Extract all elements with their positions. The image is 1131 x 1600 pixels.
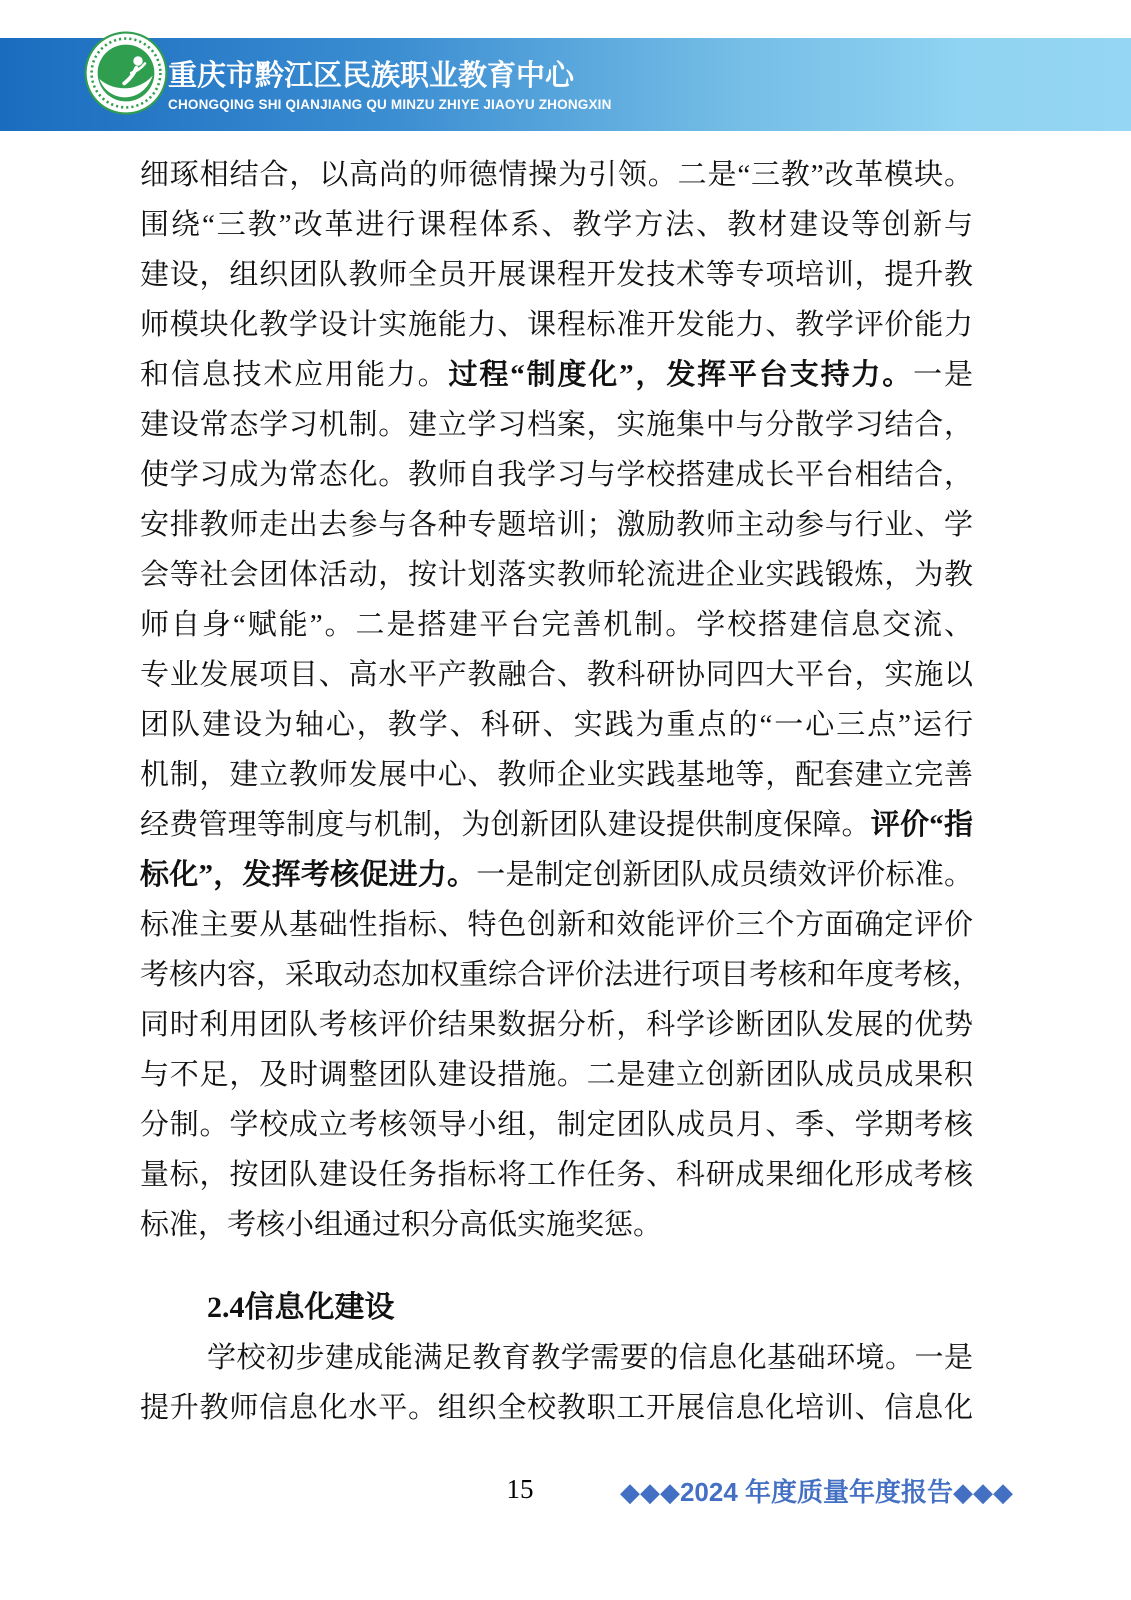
body-line: 同时利用团队考核评价结果数据分析，科学诊断团队发展的优势: [140, 1000, 973, 1050]
footer-report-title: ◆◆◆2024 年度质量年度报告◆◆◆: [620, 1477, 1013, 1507]
text-segment: 一是制定创新团队成员绩效评价标准。: [476, 859, 973, 891]
text-segment: 师自身“赋能”。二是搭建平台完善机制。学校搭建信息交流、: [140, 609, 973, 641]
header-banner: 重庆市黔江区民族职业教育中心 CHONGQING SHI QIANJIANG Q…: [0, 38, 1131, 131]
body-line: 经费管理等制度与机制，为创新团队建设提供制度保障。评价“指: [140, 800, 973, 850]
text-segment: 安排教师走出去参与各种专题培训；激励教师主动参与行业、学: [140, 509, 973, 541]
body-line: 建设，组织团队教师全员开展课程开发技术等专项培训，提升教: [140, 250, 973, 300]
text-segment: 一是: [913, 359, 973, 391]
text-segment: 评价“指: [871, 809, 973, 841]
body-line: 与不足，及时调整团队建设措施。二是建立创新团队成员成果积: [140, 1050, 973, 1100]
body-line: 和信息技术应用能力。过程“制度化”，发挥平台支持力。一是: [140, 350, 973, 400]
text-segment: 经费管理等制度与机制，为创新团队建设提供制度保障。: [140, 809, 871, 841]
body-line: 量标，按团队建设任务指标将工作任务、科研成果细化形成考核: [140, 1150, 973, 1200]
page-number: 15: [498, 1474, 542, 1504]
text-segment: 团队建设为轴心，教学、科研、实践为重点的“一心三点”运行: [140, 709, 973, 741]
text-segment: 考核内容，采取动态加权重综合评价法进行项目考核和年度考核，: [140, 959, 981, 991]
text-segment: 分制。学校成立考核领导小组，制定团队成员月、季、学期考核: [140, 1109, 973, 1141]
text-segment: 细琢相结合，以高尚的师德情操为引领。二是“三教”改革模块。: [140, 159, 973, 191]
text-segment: 建设常态学习机制。建立学习档案，实施集中与分散学习结合，: [140, 409, 973, 441]
body-line: 安排教师走出去参与各种专题培训；激励教师主动参与行业、学: [140, 500, 973, 550]
body-line: 考核内容，采取动态加权重综合评价法进行项目考核和年度考核，: [140, 950, 973, 1000]
text-segment: 专业发展项目、高水平产教融合、教科研协同四大平台，实施以: [140, 659, 973, 691]
body-line: 机制，建立教师发展中心、教师企业实践基地等，配套建立完善: [140, 750, 973, 800]
text-segment: 同时利用团队考核评价结果数据分析，科学诊断团队发展的优势: [140, 1009, 973, 1041]
org-title-chinese: 重庆市黔江区民族职业教育中心: [168, 59, 612, 93]
body-line: 师自身“赋能”。二是搭建平台完善机制。学校搭建信息交流、: [140, 600, 973, 650]
text-segment: 量标，按团队建设任务指标将工作任务、科研成果细化形成考核: [140, 1159, 973, 1191]
text-segment: 师模块化教学设计实施能力、课程标准开发能力、教学评价能力: [140, 309, 973, 341]
body-line: 围绕“三教”改革进行课程体系、教学方法、教材建设等创新与: [140, 200, 973, 250]
body-line: 标准主要从基础性指标、特色创新和效能评价三个方面确定评价: [140, 900, 973, 950]
text-segment: 使学习成为常态化。教师自我学习与学校搭建成长平台相结合，: [140, 459, 973, 491]
text-segment: 会等社会团体活动，按计划落实教师轮流进企业实践锻炼，为教: [140, 559, 973, 591]
body-line: 细琢相结合，以高尚的师德情操为引领。二是“三教”改革模块。: [140, 150, 973, 200]
header-titles: 重庆市黔江区民族职业教育中心 CHONGQING SHI QIANJIANG Q…: [168, 59, 612, 113]
body-line: 建设常态学习机制。建立学习档案，实施集中与分散学习结合，: [140, 400, 973, 450]
section-heading: 2.4信息化建设: [140, 1283, 973, 1333]
text-segment: 过程“制度化”，发挥平台支持力。: [449, 359, 914, 391]
school-logo-icon: [83, 30, 169, 116]
text-segment: 与不足，及时调整团队建设措施。二是建立创新团队成员成果积: [140, 1059, 973, 1091]
text-segment: 提升教师信息化水平。组织全校教职工开展信息化培训、信息化: [140, 1392, 973, 1424]
body-text: 细琢相结合，以高尚的师德情操为引领。二是“三教”改革模块。围绕“三教”改革进行课…: [140, 150, 973, 1433]
text-segment: 机制，建立教师发展中心、教师企业实践基地等，配套建立完善: [140, 759, 973, 791]
body-line: 专业发展项目、高水平产教融合、教科研协同四大平台，实施以: [140, 650, 973, 700]
text-segment: 建设，组织团队教师全员开展课程开发技术等专项培训，提升教: [140, 259, 973, 291]
text-segment: 标准主要从基础性指标、特色创新和效能评价三个方面确定评价: [140, 909, 973, 941]
body-line: 团队建设为轴心，教学、科研、实践为重点的“一心三点”运行: [140, 700, 973, 750]
text-segment: 2.4信息化建设: [207, 1291, 395, 1324]
body-line: 会等社会团体活动，按计划落实教师轮流进企业实践锻炼，为教: [140, 550, 973, 600]
body-line: 提升教师信息化水平。组织全校教职工开展信息化培训、信息化: [140, 1383, 973, 1433]
text-segment: 标准，考核小组通过积分高低实施奖惩。: [140, 1209, 662, 1241]
body-line: 学校初步建成能满足教育教学需要的信息化基础环境。一是: [140, 1333, 973, 1383]
text-segment: 标化”，发挥考核促进力。: [140, 859, 476, 891]
text-segment: 和信息技术应用能力。: [140, 359, 449, 391]
text-segment: 学校初步建成能满足教育教学需要的信息化基础环境。一是: [207, 1342, 973, 1374]
body-line: 标准，考核小组通过积分高低实施奖惩。: [140, 1200, 973, 1250]
text-segment: 围绕“三教”改革进行课程体系、教学方法、教材建设等创新与: [140, 209, 973, 241]
document-page: { "header": { "title_cn": "重庆市黔江区民族职业教育中…: [0, 0, 1131, 1600]
body-line: 使学习成为常态化。教师自我学习与学校搭建成长平台相结合，: [140, 450, 973, 500]
org-title-pinyin: CHONGQING SHI QIANJIANG QU MINZU ZHIYE J…: [168, 97, 612, 113]
body-line: 分制。学校成立考核领导小组，制定团队成员月、季、学期考核: [140, 1100, 973, 1150]
body-line: 师模块化教学设计实施能力、课程标准开发能力、教学评价能力: [140, 300, 973, 350]
body-line: 标化”，发挥考核促进力。一是制定创新团队成员绩效评价标准。: [140, 850, 973, 900]
